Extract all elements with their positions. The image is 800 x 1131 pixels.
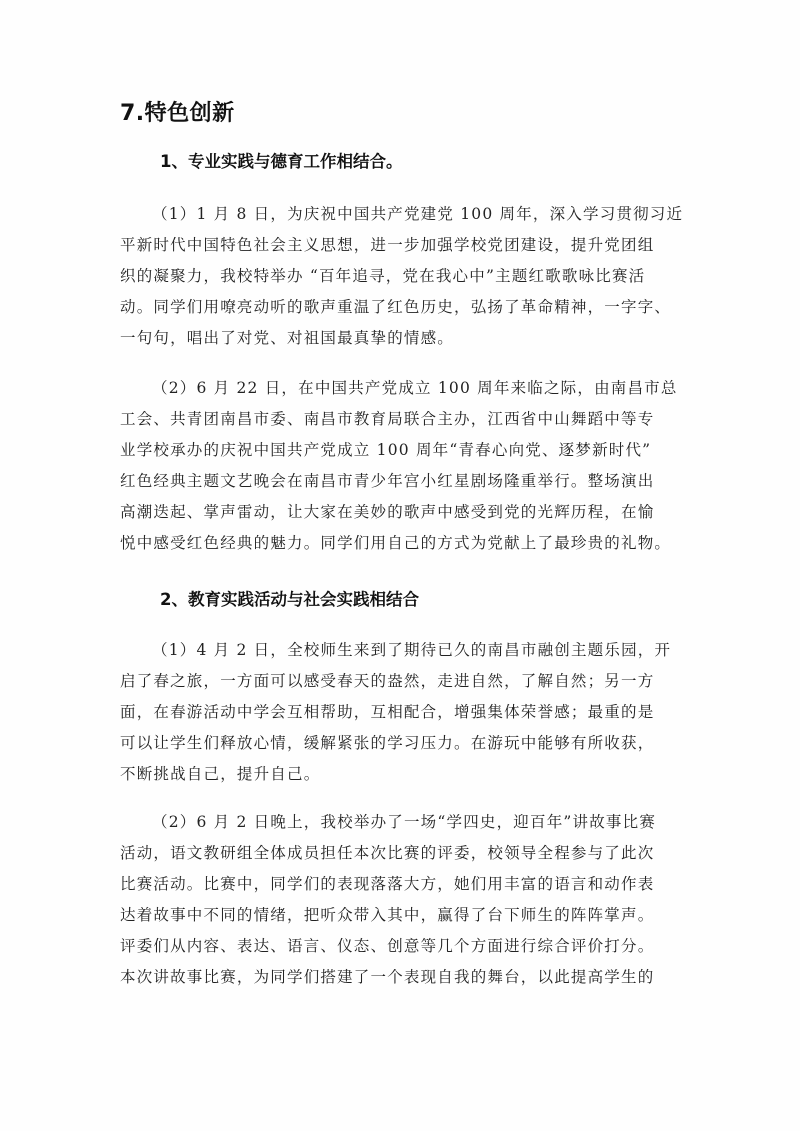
text-line: 启了春之旅，一方面可以感受春天的盎然，走进自然，了解自然；另一方	[120, 671, 680, 691]
text-line: 悦中感受红色经典的魅力。同学们用自己的方式为党献上了最珍贵的礼物。	[120, 533, 680, 553]
text-line: 一句句，唱出了对党、对祖国最真挚的情感。	[120, 328, 680, 348]
text-line: （1）4 月 2 日，全校师生来到了期待已久的南昌市融创主题乐园，开	[152, 640, 680, 660]
section-heading-1: 1、专业实践与德育工作相结合。	[160, 148, 402, 172]
text-line: 本次讲故事比赛，为同学们搭建了一个表现自我的舞台，以此提高学生的	[120, 967, 680, 987]
text-line: （2）6 月 22 日，在中国共产党成立 100 周年来临之际，由南昌市总	[152, 378, 680, 398]
text-line: 可以让学生们释放心情，缓解紧张的学习压力。在游玩中能够有所收获，	[120, 733, 680, 753]
text-line: 面，在春游活动中学会互相帮助，互相配合，增强集体荣誉感；最重的是	[120, 702, 680, 722]
text-line: 达着故事中不同的情绪，把听众带入其中，赢得了台下师生的阵阵掌声。	[120, 905, 680, 925]
text-line: 不断挑战自己，提升自己。	[120, 764, 680, 784]
section-heading-2: 2、教育实践活动与社会实践相结合	[160, 586, 419, 610]
text-line: （2）6 月 2 日晚上，我校举办了一场“学四史，迎百年”讲故事比赛	[152, 812, 680, 832]
text-line: 工会、共青团南昌市委、南昌市教育局联合主办，江西省中山舞蹈中等专	[120, 409, 680, 429]
text-line: 高潮迭起、掌声雷动，让大家在美妙的歌声中感受到党的光辉历程，在愉	[120, 502, 680, 522]
text-line: 织的凝聚力，我校特举办 “百年追寻，党在我心中”主题红歌歌咏比赛活	[120, 266, 680, 286]
text-line: 动。同学们用嘹亮动听的歌声重温了红色历史，弘扬了革命精神，一字字、	[120, 297, 680, 317]
text-line: 活动，语文教研组全体成员担任本次比赛的评委，校领导全程参与了此次	[120, 843, 680, 863]
document-page: 7.特色创新 1、专业实践与德育工作相结合。 （1）1 月 8 日，为庆祝中国共…	[0, 0, 800, 1131]
text-line: 评委们从内容、表达、语言、仪态、创意等几个方面进行综合评价打分。	[120, 936, 680, 956]
text-line: 比赛活动。比赛中，同学们的表现落落大方，她们用丰富的语言和动作表	[120, 874, 680, 894]
text-line: （1）1 月 8 日，为庆祝中国共产党建党 100 周年，深入学习贯彻习近	[152, 204, 680, 224]
text-line: 平新时代中国特色社会主义思想，进一步加强学校党团建设，提升党团组	[120, 235, 680, 255]
text-line: 业学校承办的庆祝中国共产党成立 100 周年“青春心向党、逐梦新时代”	[120, 440, 680, 460]
page-title: 7.特色创新	[120, 96, 235, 127]
text-line: 红色经典主题文艺晚会在南昌市青少年宫小红星剧场隆重举行。整场演出	[120, 471, 680, 491]
